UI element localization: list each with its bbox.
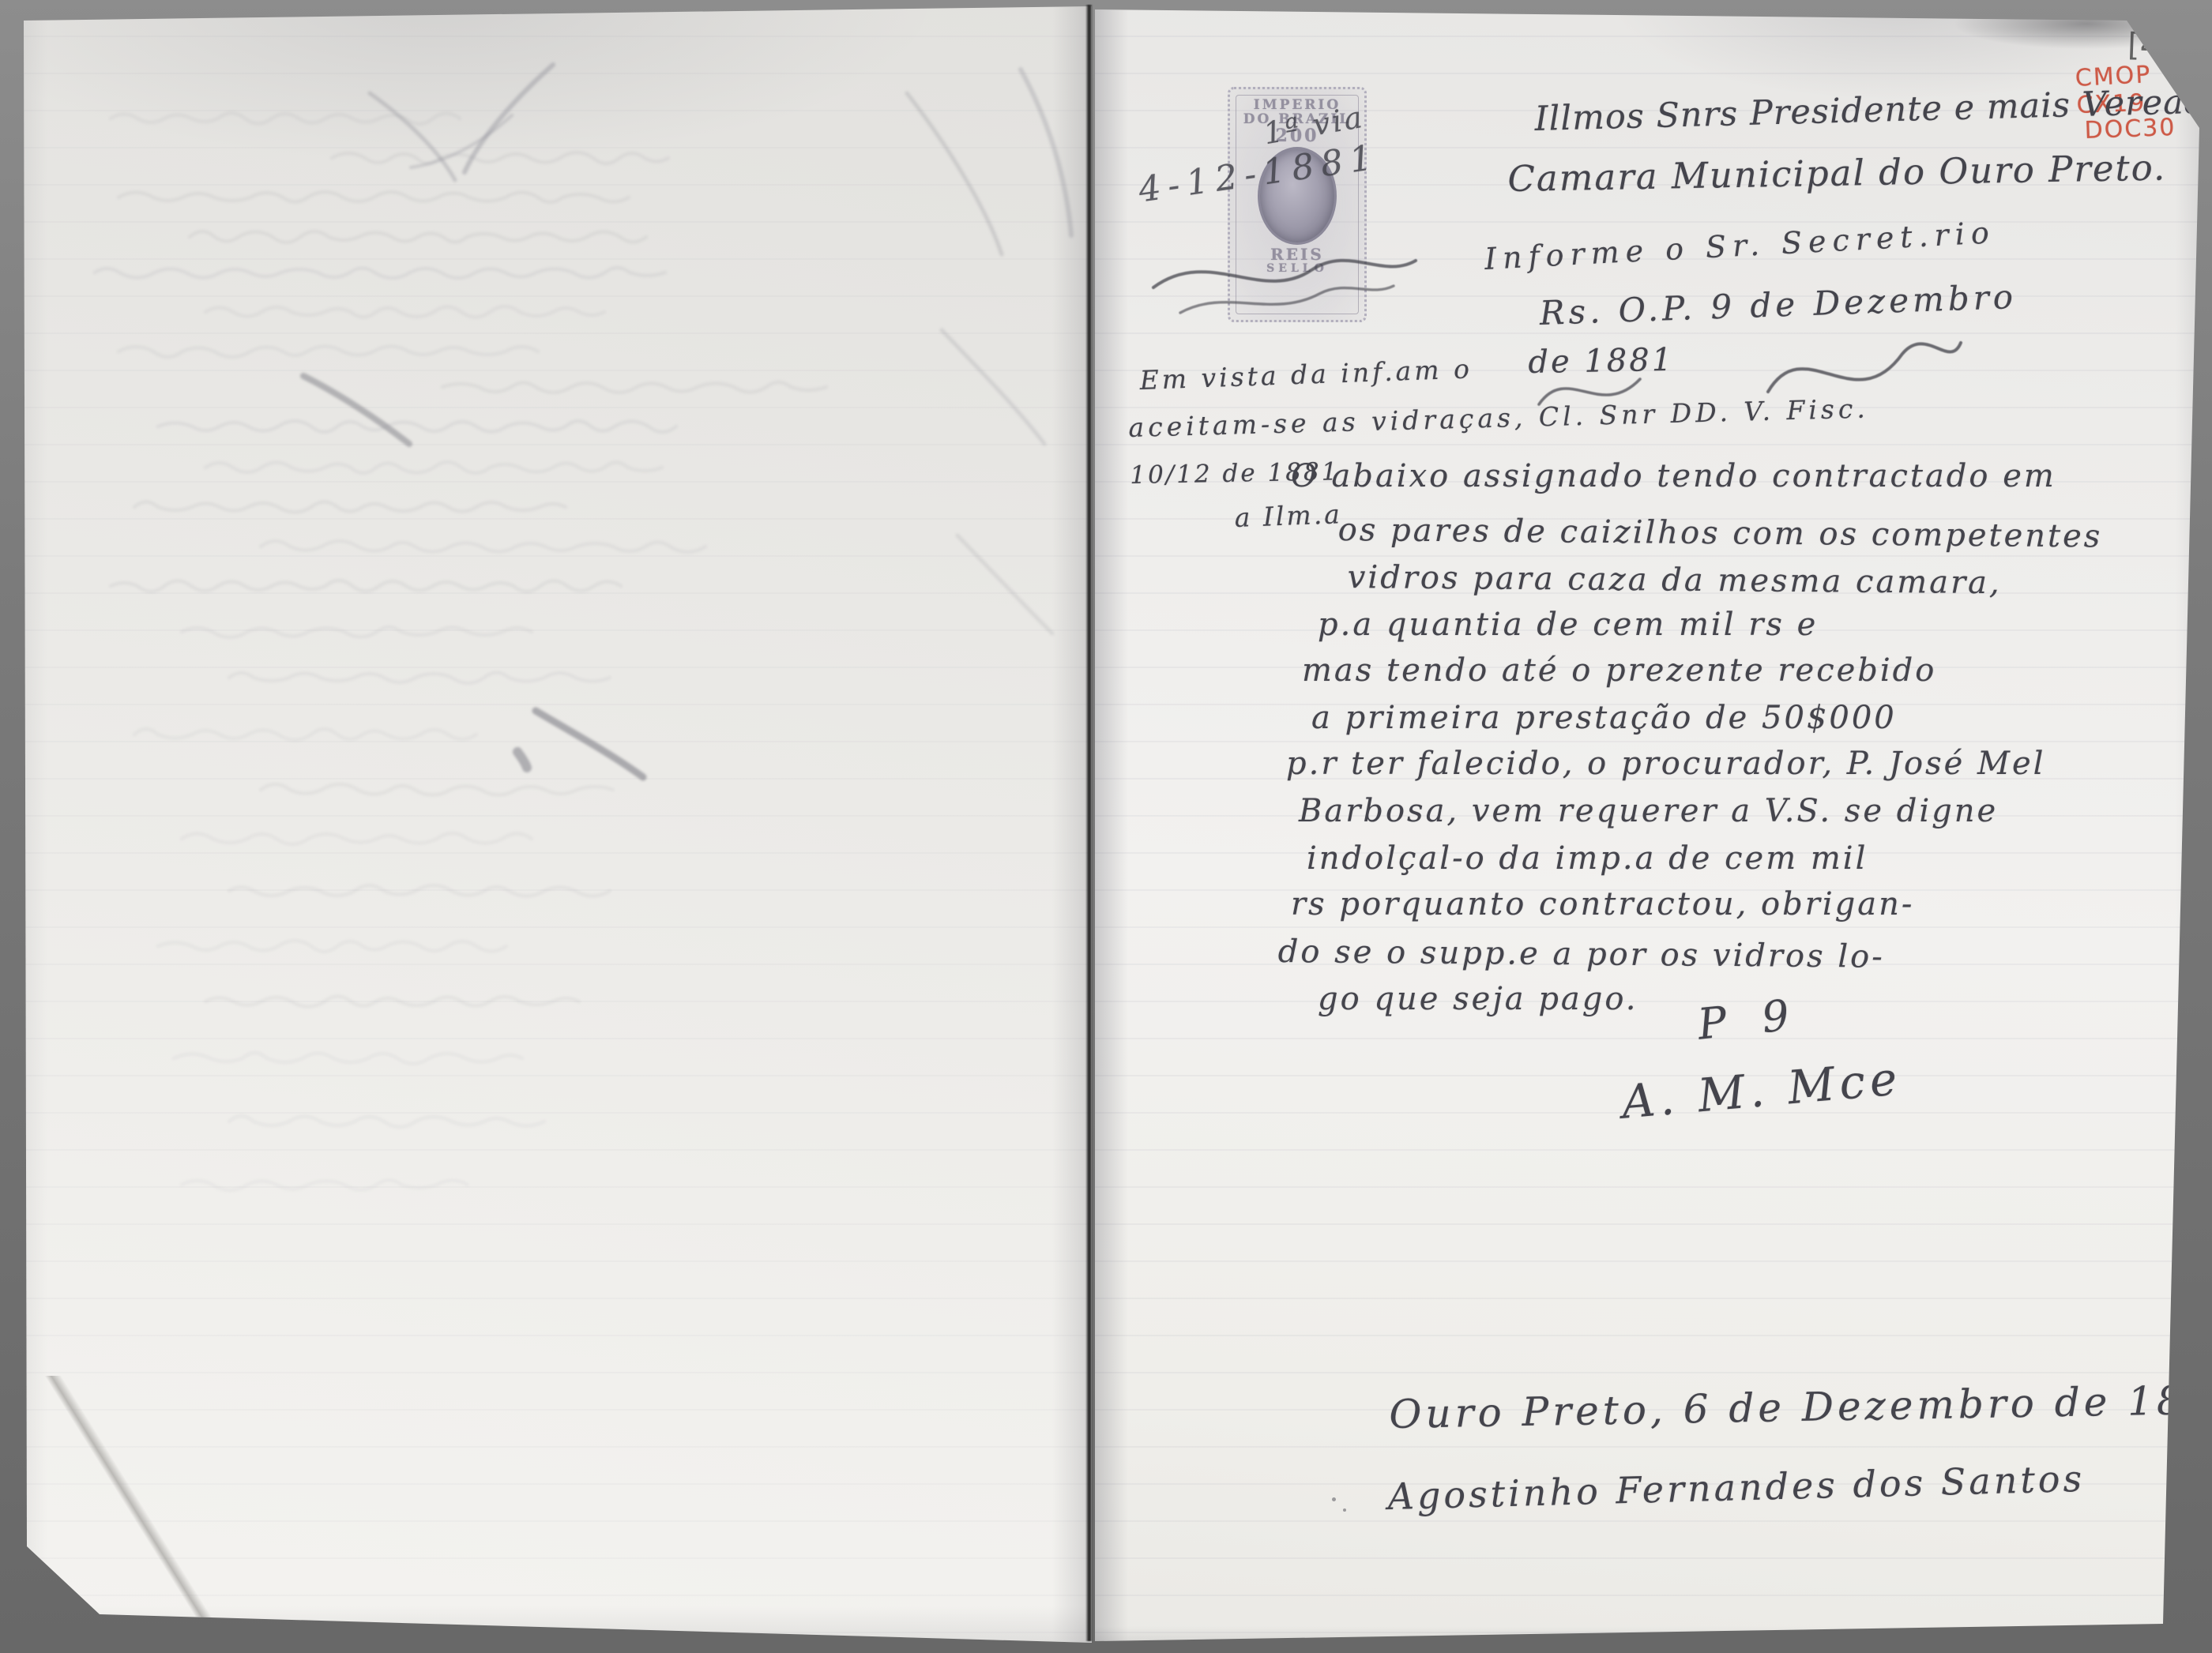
archive-reference-fraction-top: 1	[2166, 54, 2176, 73]
ink-speck	[1343, 1508, 1346, 1512]
petition-line: Barbosa, vem requerer a V.S. se digne	[1299, 793, 1998, 829]
document-scan: [4] CMOP 1 4 CX19 DOC30 IMPERIO DO BRAZI…	[0, 0, 2212, 1653]
petition-line: O abaixo assignado tendo contractado em	[1291, 458, 2056, 494]
petition-line: mas tendo até o prezente recebido	[1302, 652, 1936, 689]
dispatch-aceite-paraph	[1534, 354, 1653, 433]
bleedthrough-ink-ghosts	[0, 0, 1092, 1653]
petition-insert: a Ilm.a	[1234, 498, 1342, 533]
heading-line-2: Camara Municipal do Ouro Preto.	[1507, 146, 2167, 200]
petitioner-signature: Agostinho Fernandes dos Santos	[1387, 1457, 2086, 1518]
petition-line: rs porquanto contractou, obrigan-	[1291, 886, 1914, 922]
petition-line: p.a quantia de cem mil rs e	[1318, 607, 1818, 643]
official-rubric: A. M. Mce	[1619, 1051, 1904, 1129]
petition-line: indolçal-o da imp.a de cem mil	[1307, 840, 1868, 877]
petition-line: os pares de caizilhos com os competentes	[1338, 512, 2103, 554]
page-fold-seam	[1085, 5, 1093, 1641]
dispatch-paraph	[1759, 319, 1972, 445]
petition-line: p.r ter falecido, o procurador, P. José …	[1286, 746, 2045, 782]
pencil-folio-number: [4]	[2127, 27, 2172, 65]
ink-speck	[1332, 1497, 1336, 1501]
dispatch-aceite-line-1: Em vista da inf.am o	[1139, 353, 1473, 396]
petition-line: go que seja pago.	[1318, 981, 1638, 1017]
petition-line: vidros para caza da mesma camara,	[1348, 559, 2002, 601]
right-page: [4] CMOP 1 4 CX19 DOC30 IMPERIO DO BRAZI…	[1095, 0, 2212, 1653]
place-date-line: Ouro Preto, 6 de Dezembro de 1881	[1389, 1377, 2212, 1437]
left-page	[0, 0, 1092, 1653]
petition-line: do se o supp.e a por os vidros lo-	[1278, 934, 1885, 975]
cancellation-paraph	[1142, 212, 1474, 338]
pede-deferimento: P 9	[1695, 989, 1803, 1049]
petition-line: a primeira prestação de 50$000	[1311, 700, 1897, 736]
dispatch-informe-line-1: Informe o Sr. Secret.rio	[1484, 215, 1996, 276]
